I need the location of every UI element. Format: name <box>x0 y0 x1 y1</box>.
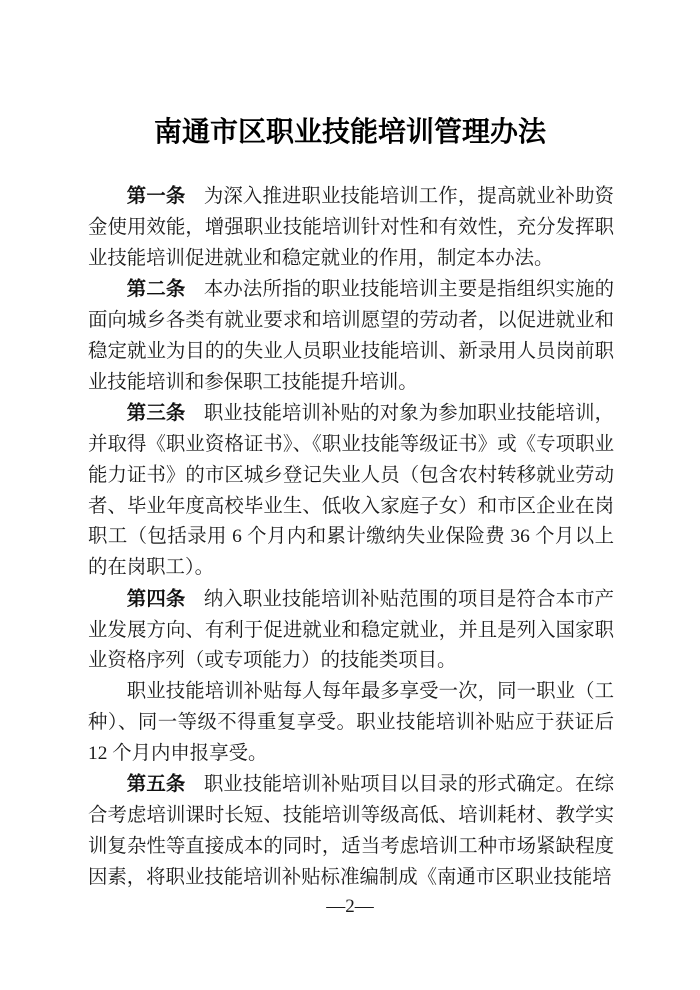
article-paragraph-5: 第五条职业技能培训补贴项目以目录的形式确定。在综合考虑培训课时长短、技能培训等级… <box>88 769 614 893</box>
article-paragraph-1: 第一条为深入推进职业技能培训工作，提高就业补助资金使用效能，增强职业技能培训针对… <box>88 181 614 274</box>
page-number: —2— <box>0 894 700 920</box>
document-body: 第一条为深入推进职业技能培训工作，提高就业补助资金使用效能，增强职业技能培训针对… <box>88 181 614 893</box>
article-1-label: 第一条 <box>127 185 186 207</box>
article-5-label: 第五条 <box>127 773 186 795</box>
article-paragraph-4: 第四条纳入职业技能培训补贴范围的项目是符合本市产业发展方向、有利于促进就业和稳定… <box>88 584 614 677</box>
document-title: 南通市区职业技能培训管理办法 <box>0 115 700 151</box>
article-paragraph-3: 第三条职业技能培训补贴的对象为参加职业技能培训，并取得《职业资格证书》、《职业技… <box>88 398 614 584</box>
article-3-label: 第三条 <box>127 402 186 424</box>
article-2-label: 第二条 <box>127 278 186 300</box>
article-3-text: 职业技能培训补贴的对象为参加职业技能培训，并取得《职业资格证书》、《职业技能等级… <box>88 403 614 578</box>
article-4b-text: 职业技能培训补贴每人每年最多享受一次，同一职业（工种）、同一等级不得重复享受。职… <box>88 681 614 764</box>
article-paragraph-2: 第二条本办法所指的职业技能培训主要是指组织实施的面向城乡各类有就业要求和培训愿望… <box>88 274 614 398</box>
document-page: 南通市区职业技能培训管理办法 第一条为深入推进职业技能培训工作，提高就业补助资金… <box>0 0 700 990</box>
article-paragraph-4-continued: 职业技能培训补贴每人每年最多享受一次，同一职业（工种）、同一等级不得重复享受。职… <box>88 677 614 769</box>
article-4-label: 第四条 <box>127 588 186 610</box>
